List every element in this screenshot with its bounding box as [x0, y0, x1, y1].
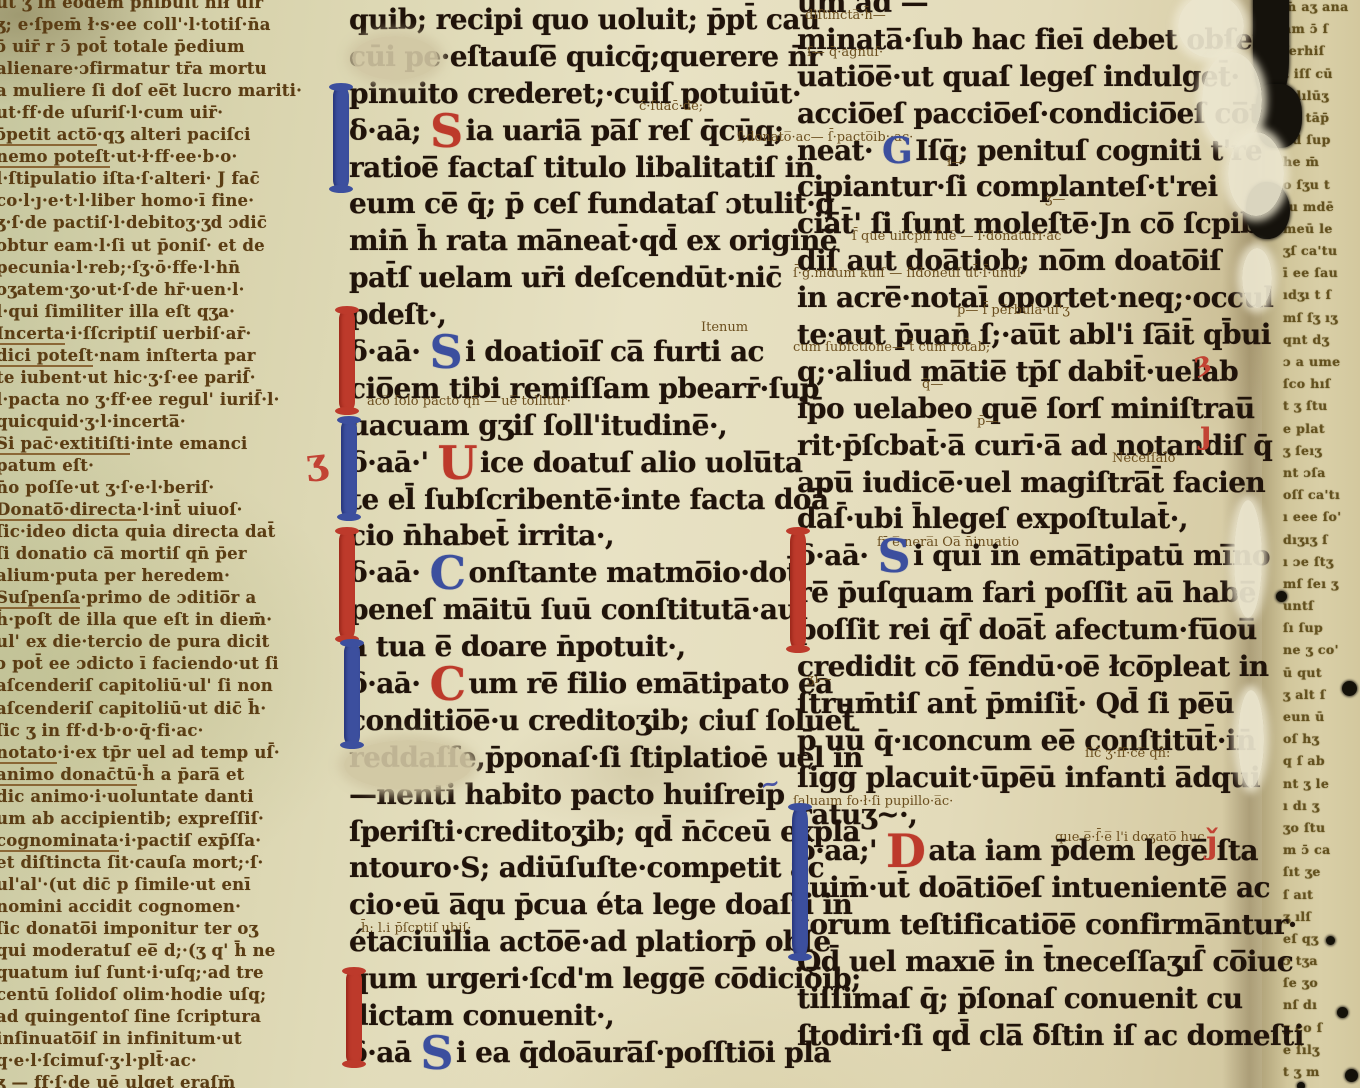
- interlinear-gloss: c̄·ſuac̄·de;: [639, 100, 703, 113]
- gloss-line: aſcenderiſ capitoliū·ut dic̄ h̄·: [0, 698, 342, 720]
- line-text: poſſit rei q̄ſ̄ doa̅t̄ afectum·fu̅ou̅: [797, 613, 1257, 646]
- interlinear-gloss: diſtincta̅·h̄—: [805, 9, 886, 22]
- text-line: conditio̅e̅·u creditoʒib; ciuſ ſoluet̄: [349, 703, 799, 740]
- gloss-line: oʒatem·ʒo·ut·ſ·de hr̄·uen·l·: [0, 279, 342, 301]
- line-text: dictam conuenit·,: [349, 999, 614, 1032]
- paragraph-marker: δ·aā·: [349, 556, 420, 589]
- text-line: δ·aā·Cum re̅ filio ema̅tipato ea: [349, 666, 799, 703]
- facing-page-line: he m̄: [1283, 151, 1360, 173]
- interlinear-gloss: Itenum: [701, 321, 748, 334]
- facing-page-line: m ɔ̄ ca: [1283, 839, 1360, 861]
- text-line: ratuʒ~·,que e̅·ſ̄·e̅ l'i doʒato̅ huc: [797, 797, 1242, 834]
- line-text: uatio̅e̅·ut quaſ legeſ indulget̄·: [797, 60, 1240, 93]
- interlinear-gloss: ſic̄ ʒ·ff·ce̅ qn̄:: [1085, 747, 1170, 760]
- wormhole: [1276, 591, 1287, 602]
- line-text: um re̅ filio ema̅tipato ea: [468, 667, 832, 700]
- facing-page-line: ɔ tʒa: [1283, 950, 1360, 972]
- line-text: ſtrum̄tiſ ant̄ p̄miſit̄· Qd̄ ſi pe̅ū: [797, 687, 1234, 720]
- line-text: ſperiſti·creditoʒib; qd̄ n̄c̄ceū expla: [349, 815, 860, 848]
- line-text: uacuam gʒiſ ſoll'itudine̅·,: [349, 409, 727, 442]
- wormhole: [1326, 936, 1335, 945]
- line-text: a tua e̅ doare n̄potuit·,: [349, 630, 686, 663]
- gloss-line: ſic ʒ in ff·d·b·o·q̄·fi·ac·: [0, 720, 342, 742]
- text-line: min̄ h̄ rata ma̅neat̄·qd̄ ex origine̅: [349, 223, 799, 260]
- initial-letter: G: [882, 130, 912, 172]
- facing-page-line: nt ɔſa: [1283, 462, 1360, 484]
- manuscript-photo: { "palette":{"parchment":"#ded6b4","ink"…: [0, 0, 1360, 1088]
- facing-page-line: meū le: [1283, 218, 1360, 240]
- gloss-line: dici poteſt·nam inſterta par: [0, 345, 342, 367]
- gloss-line: Suſpenſa·primo de ɔditio̅r a: [0, 587, 342, 609]
- line-text: qum urgeri·ſcd'm legge̅ co̅dicio̅ib;: [349, 962, 861, 995]
- facing-page-line: ī ee ſau: [1283, 262, 1360, 284]
- gloss-line: h̄·poſt de illa que eſt in diem̄·: [0, 609, 342, 631]
- text-line: étaciuilia acto̅e̅·ad platiorp̄ obſe: [349, 924, 799, 961]
- facing-page-line: oſ hʒ: [1283, 728, 1360, 750]
- facing-page-line: nſ dı: [1283, 994, 1360, 1016]
- facing-page-line: t iſſ cū: [1283, 63, 1360, 85]
- text-line: ip̄o uelabeo que̅ ſorſ miniſtrau̅q̄—: [797, 391, 1242, 428]
- parchment-chip: [1228, 132, 1284, 216]
- line-text: i qui in ema̅tipatū mi̅no: [913, 539, 1270, 572]
- gloss-line: Donato̅·directa·l·int̄ uiuoſ·: [0, 499, 342, 521]
- facing-page-line: e plat: [1283, 418, 1360, 440]
- line-text: ſigg placuit·u̅pe̅ū infanti a̅dqui: [797, 761, 1260, 794]
- text-line: a tua e̅ doare n̄potuit·,: [349, 629, 799, 666]
- gloss-underlined-lemma: dici poteſt: [0, 346, 93, 367]
- interlinear-gloss: ł—: [947, 156, 964, 169]
- gloss-line: alienare·ɔfirmatur tr̄a mortu: [0, 58, 342, 80]
- paragraph-bar-initial: [792, 806, 808, 958]
- facing-page-line: ʒo ſtu: [1283, 817, 1360, 839]
- line-text: ſtodiri·ſi qd̄ cla̅ δ̄ſtin iſ ac domeſti: [797, 1019, 1304, 1052]
- erasure-smudge: [352, 36, 438, 80]
- gloss-line: l·qui ſimiliter illa eſt qʒa·: [0, 301, 342, 323]
- line-text: accio̅eſ paccio̅eſ·condicio̅eſ co̅ti: [797, 97, 1271, 130]
- text-line: δ·aā;'Data iam p̄dem lege̅ ſta: [797, 833, 1242, 870]
- line-text: Iſq̄; penituſ cogniti t're: [915, 134, 1262, 167]
- gloss-underlined-lemma: Si pac̄·extitiſti: [0, 434, 130, 455]
- gloss-line: ut·ff·de uſuriſ·l·cum uir̄·: [0, 102, 342, 124]
- facing-page-line: ı dı ʒ: [1283, 795, 1360, 817]
- text-line: δ·aā·Conſtante matmo̅io·dot̄: [349, 555, 799, 592]
- wormhole: [1342, 681, 1357, 696]
- line-text: tiſſimaſ q̄; p̄ſonaſ conuenit cu: [797, 982, 1242, 1015]
- gloss-line: q·e·l·ſcimuſ·ʒ·l·plt̄·ac·: [0, 1050, 342, 1072]
- gloss-underlined-lemma: Suſpenſa: [0, 588, 80, 609]
- line-text: re̅ p̄uſquam fari poſſit au̅ habe̅: [797, 576, 1256, 609]
- paragraph-bar-initial: [339, 309, 355, 412]
- gloss-line: ſi donatio ca̅ mortiſ qn̄ p̄er: [0, 543, 342, 565]
- line-text: ntouro·S; adiūſuſte·competit ac: [349, 851, 824, 884]
- line-text: torum teſtificatio̅e̅ confirma̅ntur·: [797, 908, 1297, 941]
- marginal-flourish-mark: ǰ: [1206, 826, 1218, 858]
- facing-page-line: ı ɔe ſtʒ: [1283, 551, 1360, 573]
- interlinear-gloss: ſ̄ que uiſcpiſ fue̅ — l·donaturi·ac: [852, 230, 1061, 243]
- text-line: uatio̅e̅·ut quaſ legeſ indulget̄·ſ— q̄·a…: [797, 59, 1242, 96]
- gloss-line: n̄o poſſe·ut ʒ·ſ·e·l·beriſ·: [0, 477, 342, 499]
- facing-page-line: q ſ ab: [1283, 750, 1360, 772]
- gloss-line: ut̄ ʒ in eodem p̄hibuit nił uir̄: [0, 0, 342, 14]
- line-text: daſ̄·ubi h̄legeſ expoſtulat̄·,: [797, 502, 1188, 535]
- text-line: cio n̄habet̄ irrita·,: [349, 518, 799, 555]
- facing-page-line: ſ aıt: [1283, 884, 1360, 906]
- line-text: conditio̅e̅·u creditoʒib; ciuſ ſoluet̄: [349, 704, 854, 737]
- gloss-line: ɔ̄ uir̄ r ɔ̄ pot̄ totale p̄edium: [0, 36, 342, 58]
- text-line: daſ̄·ubi h̄legeſ expoſtulat̄·,fr̄ e̅·ner…: [797, 501, 1242, 538]
- interlinear-gloss: q̄—: [922, 378, 943, 391]
- gloss-line: obtur eam·l·ſi ut p̄oniſ· et de: [0, 235, 342, 257]
- gloss-underlined-lemma: Donato̅·directa: [0, 500, 137, 521]
- text-line: Qd̄ uel maxıe̅ in t̄neceſſaʒıſ̄ co̅iuc: [797, 944, 1242, 981]
- facing-page-line: ſerhiſ: [1283, 40, 1360, 62]
- interlinear-gloss: cum ſubſct̄ione— t̄ cum rot̄ab;: [793, 341, 990, 354]
- gloss-line: quatum iuſ ſunt·i·uſq;·ad tre: [0, 962, 342, 984]
- gloss-line: cognominata·i·pactiſ exp̄ſſa·: [0, 830, 342, 852]
- gloss-line: ɔ pot̄ ee ɔdicto ī faciendo·ut ſi: [0, 653, 342, 675]
- facing-page-line: am ɔ̄ ſ: [1283, 18, 1360, 40]
- marginal-flourish-mark: ʒ: [304, 443, 328, 481]
- text-line: neat·GIſq̄; penituſ cogniti t're: [797, 133, 1242, 170]
- initial-letter: S: [420, 1026, 453, 1080]
- gloss-line: ul' ex die·tercio de pura dicit: [0, 631, 342, 653]
- gloss-line: ſic donato̅i imponitur ter oʒ: [0, 918, 342, 940]
- line-text: cio·eū a̅qu p̄cua éta lege doaſti in: [349, 888, 852, 921]
- left-margin-gloss: ut̄ ʒ in eodem p̄hibuit nił uir̄ʒ; e·ſpe…: [0, 0, 342, 1088]
- gloss-line: aſcenderiſ capitoliū·ul' ſi non: [0, 675, 342, 697]
- gloss-line: ʒ; e·ſpem̄ ł·s·ee coll'·l·totiſ·n̄a: [0, 14, 342, 36]
- text-line: re̅ p̄uſquam fari poſſit au̅ habe̅: [797, 575, 1242, 612]
- gloss-line: qui moderatuſ ee̅ d;·(ʒ q' h̄ ne: [0, 940, 342, 962]
- paragraph-bar-initial: [333, 86, 349, 190]
- paragraph-marker: δ·aā·': [349, 446, 428, 479]
- text-line: δ·aā·Si doatioīſ ca̅ furti acItenum: [349, 334, 799, 371]
- gloss-line: patum eſt·: [0, 455, 342, 477]
- text-line: ſtodiri·ſi qd̄ cla̅ δ̄ſtin iſ ac domeſti: [797, 1018, 1242, 1055]
- facing-page-line: qnt dʒ: [1283, 329, 1360, 351]
- facing-page-line: ʒſ ca'tu: [1283, 240, 1360, 262]
- facing-page-line: ne ʒ co': [1283, 639, 1360, 661]
- gloss-line: um ab accipientib; expreſſiſ·: [0, 808, 342, 830]
- gloss-line: ʒ — ff·ſ·de uē ulget eraſm̄: [0, 1072, 342, 1088]
- interlinear-gloss: p̄—: [977, 415, 998, 428]
- line-text: i ea q̄doa̅ura̅ſ·poſſtio̅i pla: [456, 1036, 831, 1069]
- line-text: i doatioīſ ca̅ furti ac: [465, 335, 764, 368]
- gloss-line: ad quingentoſ ſine ſcriptura: [0, 1006, 342, 1028]
- gloss-line: pecunia·l·reb;·ſʒ·ō·ffe·l·hn̄: [0, 257, 342, 279]
- text-line: uacuam gʒiſ ſoll'itudine̅·,aco̅ ſolo pac…: [349, 408, 799, 445]
- paragraph-marker: neat·: [797, 134, 873, 167]
- line-text: onſtante matmo̅io·dot̄: [468, 556, 798, 589]
- text-line: credidit co̅ fe̅ndū·oe̅ łco̅pleat in: [797, 649, 1242, 686]
- facing-page-line: oſſ ca'tı: [1283, 484, 1360, 506]
- facing-page-line: ıdʒı t ſ: [1283, 284, 1360, 306]
- line-text: tuim̄·ut̄ doa̅tio̅eſ intueniente̅ ac: [797, 871, 1270, 904]
- parchment-chip: [1234, 500, 1262, 618]
- paragraph-bar-initial: [346, 970, 362, 1065]
- text-line: pat̄ſ uelam ur̄i deſcendūt·nic̄: [349, 260, 799, 297]
- text-line: ſperiſti·creditoʒib; qd̄ n̄c̄ceū expla: [349, 814, 799, 851]
- line-text: Qd̄ uel maxıe̅ in t̄neceſſaʒıſ̄ co̅iuc: [797, 945, 1293, 978]
- erasure-smudge: [344, 740, 472, 790]
- gloss-line: l·pacta no ʒ·ff·ee regul' iuriſ̄·l·: [0, 389, 342, 411]
- wormhole: [1297, 1082, 1305, 1088]
- text-line: δ·aā;Sia uaria̅ pa̅ſ reſ q̄cūq;c̄·ſuac̄·…: [349, 113, 799, 150]
- text-line: ſtrum̄tiſ ant̄ p̄miſit̄· Qd̄ ſi pe̅ūʒı—: [797, 686, 1242, 723]
- interlinear-gloss: ʒ—: [1045, 193, 1065, 206]
- gloss-line: ʒ·ſ·de pactiſ·l·debitoʒ·ʒd ɔdic̄: [0, 212, 342, 234]
- text-line: accio̅eſ paccio̅eſ·condicio̅eſ co̅tiſ;do…: [797, 96, 1242, 133]
- paragraph-bar-initial: [790, 530, 806, 650]
- text-line: cipiantur·ſi complanteſ·t'reił—: [797, 169, 1242, 206]
- wormhole: [1345, 1069, 1358, 1082]
- text-line: tiſſimaſ q̄; p̄ſonaſ conuenit cu: [797, 981, 1242, 1018]
- gloss-line: quicquid·ʒ·l·incerta̅·: [0, 411, 342, 433]
- gloss-line: ul'al'·(ut dic̄ p ſimile·ut enī: [0, 874, 342, 896]
- text-line: δ·aā·'Uice doatuſ alio uolu̅ta: [349, 445, 799, 482]
- gloss-line: nemo poteſt·ut·ł·ff·ee·b·o·: [0, 146, 342, 168]
- facing-page-line: ſı ſup: [1283, 617, 1360, 639]
- text-line: peneſ ma̅itū ſuū conſtituta̅·aui: [349, 592, 799, 629]
- text-line: ntouro·S; adiūſuſte·competit ac: [349, 850, 799, 887]
- paragraph-marker: δ·aā·: [349, 335, 420, 368]
- text-line: δ·aā·Si qui in ema̅tipatū mi̅no: [797, 538, 1242, 575]
- line-text: min̄ h̄ rata ma̅neat̄·qd̄ ex origine̅: [349, 224, 837, 257]
- gloss-line: Incerta·i·ſſcriptiſ uerbiſ·ar̄·: [0, 323, 342, 345]
- line-text: pinuito crederet;·cuiſ potuiūt·: [349, 77, 801, 110]
- gloss-line: animo donac̄tū·h̄ a p̄ara̅ et: [0, 764, 342, 786]
- gloss-line: l·ſtipulatio iſta·ſ·alteri· J fac̄: [0, 168, 342, 190]
- interlinear-gloss: ſ̄·g.mdum kuiſ — ſidoneuſ ut̄·ſ̄·unuſ·: [793, 267, 1026, 280]
- gloss-line: alium·puta per heredem·: [0, 565, 342, 587]
- text-line: ratioe̅ factaſ titulo libalitatiſ in: [349, 150, 799, 187]
- marginal-flourish-mark: ȷ: [1200, 416, 1212, 448]
- line-text: te el̄ ſubſcribente̅·inte facta doa̅: [349, 483, 829, 516]
- text-line: p̄ uū q̄·ıconcum ee̅ conſtitu̅t̄·in̄: [797, 723, 1242, 760]
- paragraph-marker: δ·aā;': [797, 834, 877, 867]
- line-text: ip̄o uelabeo que̅ ſorſ miniſtrau̅: [797, 392, 1255, 425]
- gloss-underlined-lemma: animo donac̄tū: [0, 765, 137, 786]
- text-line: q;·aliud ma̅tie̅ tp̄ſ dabit̄·uelabcum ſu…: [797, 354, 1242, 391]
- text-line: tuim̄·ut̄ doa̅tio̅eſ intueniente̅ ac: [797, 870, 1242, 907]
- line-text: q;·aliud ma̅tie̅ tp̄ſ dabit̄·uelab: [797, 355, 1238, 388]
- gloss-line: nomini accidit cognomen·: [0, 896, 342, 918]
- facing-page-line: ſıt ʒe: [1283, 861, 1360, 883]
- line-text: apu̅ iudice̅·uel magiſtra̅t̄ facien: [797, 466, 1265, 499]
- text-line: poſſit rei q̄ſ̄ doa̅t̄ afectum·fu̅ou̅: [797, 612, 1242, 649]
- text-line: apu̅ iudice̅·uel magiſtra̅t̄ facienNeceſ…: [797, 465, 1242, 502]
- gloss-line: a muliere ſi doſ ee̅t lucro mariti·: [0, 80, 342, 102]
- text-line: te el̄ ſubſcribente̅·inte facta doa̅: [349, 482, 799, 519]
- facing-page-line: t ʒ ſtu: [1283, 395, 1360, 417]
- gloss-underlined-lemma: cognominata: [0, 831, 119, 852]
- main-column-2: um̄ ad —minata̅·ſub hac fieī debet obſer…: [797, 0, 1242, 1055]
- facing-page-line: m̄ aʒ ana: [1283, 0, 1360, 18]
- line-text: cipiantur·ſi complanteſ·t'rei: [797, 170, 1218, 203]
- facing-page-line: untſ: [1283, 595, 1360, 617]
- line-text: quib; recipi quo uoluit; p̄pt̄ cau: [349, 3, 820, 36]
- facing-page-line: dıʒıʒ ſ: [1283, 529, 1360, 551]
- gloss-underlined-lemma: Incerta: [0, 324, 65, 345]
- facing-page-line: eun ū: [1283, 706, 1360, 728]
- line-text: cio n̄habet̄ irrita·,: [349, 519, 614, 552]
- facing-page-line: ʒ ſeıʒ: [1283, 440, 1360, 462]
- facing-page-line: mſ ſʒ ıʒ: [1283, 307, 1360, 329]
- interlinear-gloss: Neceſſaīo: [1112, 452, 1175, 465]
- paragraph-bar-initial: [339, 530, 355, 640]
- line-text: peneſ ma̅itū ſuū conſtituta̅·aui: [349, 593, 807, 626]
- facing-page-line: ı eee ſo': [1283, 506, 1360, 528]
- text-line: qum urgeri·ſcd'm legge̅ co̅dicio̅ib;: [349, 961, 799, 998]
- gloss-line: co·l·ȷ·e·t·l·liber homo·ī fine·: [0, 190, 342, 212]
- gloss-underlined-lemma: ɔ̄petit acto̅: [0, 125, 97, 146]
- gloss-line: centū ſolidoſ olim·hodie uſq;: [0, 984, 342, 1006]
- gloss-line: ſic·ideo dicta quia directa dat̄: [0, 521, 342, 543]
- facing-page-line: mſ ſeı ʒ: [1283, 573, 1360, 595]
- line-text: ice doatuſ alio uolu̅ta: [480, 446, 802, 479]
- text-line: dictam conuenit·,: [349, 998, 799, 1035]
- line-text: ia uaria̅ pa̅ſ reſ q̄cūq;: [466, 114, 784, 147]
- paragraph-marker: δ·aā·: [797, 539, 868, 572]
- line-text: ratioe̅ factaſ titulo libalitatiſ in: [349, 151, 814, 184]
- gloss-line: dic animo·i·uoluntate danti: [0, 786, 342, 808]
- paragraph-bar-initial: [344, 642, 360, 746]
- gloss-underlined-lemma: notato: [0, 743, 57, 764]
- interlinear-gloss: ſ— q̄·agnuſ·: [807, 46, 883, 59]
- text-line: eum ce̅ q̄; p̄ ceſ fundataſ ɔtulit·q̄: [349, 186, 799, 223]
- facing-page-line: ſu mdē: [1283, 196, 1360, 218]
- facing-page-line: ſco hıſ: [1283, 373, 1360, 395]
- facing-page-line: o ſʒu t: [1283, 174, 1360, 196]
- line-text: credidit co̅ fe̅ndū·oe̅ łco̅pleat in: [797, 650, 1268, 683]
- text-line: torum teſtificatio̅e̅ confirma̅ntur·: [797, 907, 1242, 944]
- parchment-chip: [1242, 248, 1272, 308]
- facing-page-line: nt ʒ le: [1283, 773, 1360, 795]
- paragraph-bar-initial: [341, 419, 357, 518]
- line-text: p̄ uū q̄·ıconcum ee̅ conſtitu̅t̄·in̄: [797, 724, 1256, 757]
- text-line: pinuito crederet;·cuiſ potuiūt·: [349, 76, 799, 113]
- gloss-underlined-lemma: nemo poteſt: [0, 147, 110, 168]
- gloss-line: Si pac̄·extitiſti·inte emanci: [0, 433, 342, 455]
- line-text: eum ce̅ q̄; p̄ ceſ fundataſ ɔtulit·q̄: [349, 187, 834, 220]
- gloss-line: inſinuato̅iſ in infinitum·ut: [0, 1028, 342, 1050]
- gloss-line: notato·i·ex tp̄r uel ad temp uſ̄·: [0, 742, 342, 764]
- interlinear-gloss: ʒı—: [807, 673, 832, 686]
- facing-page-line: ſe ʒo: [1283, 972, 1360, 994]
- text-line: cio·eū a̅qu p̄cua éta lege doaſti inh̄; …: [349, 887, 799, 924]
- text-line: δ·aāSi ea q̄doa̅ura̅ſ·poſſtio̅i pla: [349, 1035, 799, 1072]
- line-text: étaciuilia acto̅e̅·ad platiorp̄ obſe: [349, 925, 831, 958]
- main-column-1: quib; recipi quo uoluit; p̄pt̄ caucūi pe…: [349, 2, 799, 1072]
- gloss-line: ɔ̄petit acto̅·qʒ alteri paciſci: [0, 124, 342, 146]
- text-line: quib; recipi quo uoluit; p̄pt̄ cau: [349, 2, 799, 39]
- gloss-line: te iubent·ut hic·ʒ·ſ·ee pariſ̄·: [0, 367, 342, 389]
- interlinear-gloss: p— ſ̄ pe̅rbula·ul'ʒ: [957, 304, 1070, 317]
- facing-page-line: ɔ a ume: [1283, 351, 1360, 373]
- paragraph-marker: δ·aā;: [349, 114, 421, 147]
- wormhole: [1337, 1007, 1348, 1018]
- text-line: ſigg placuit·u̅pe̅ū infanti a̅dquiſic̄ ʒ…: [797, 760, 1242, 797]
- parchment-chip: [1238, 690, 1264, 788]
- gloss-line: et diſtincta ſit·cauſa mort;·ſ·: [0, 852, 342, 874]
- line-text: pat̄ſ uelam ur̄i deſcendūt·nic̄: [349, 261, 782, 294]
- interlinear-gloss: aco̅ ſolo pacto qn̄ — ue̅ tollitur·: [367, 395, 571, 408]
